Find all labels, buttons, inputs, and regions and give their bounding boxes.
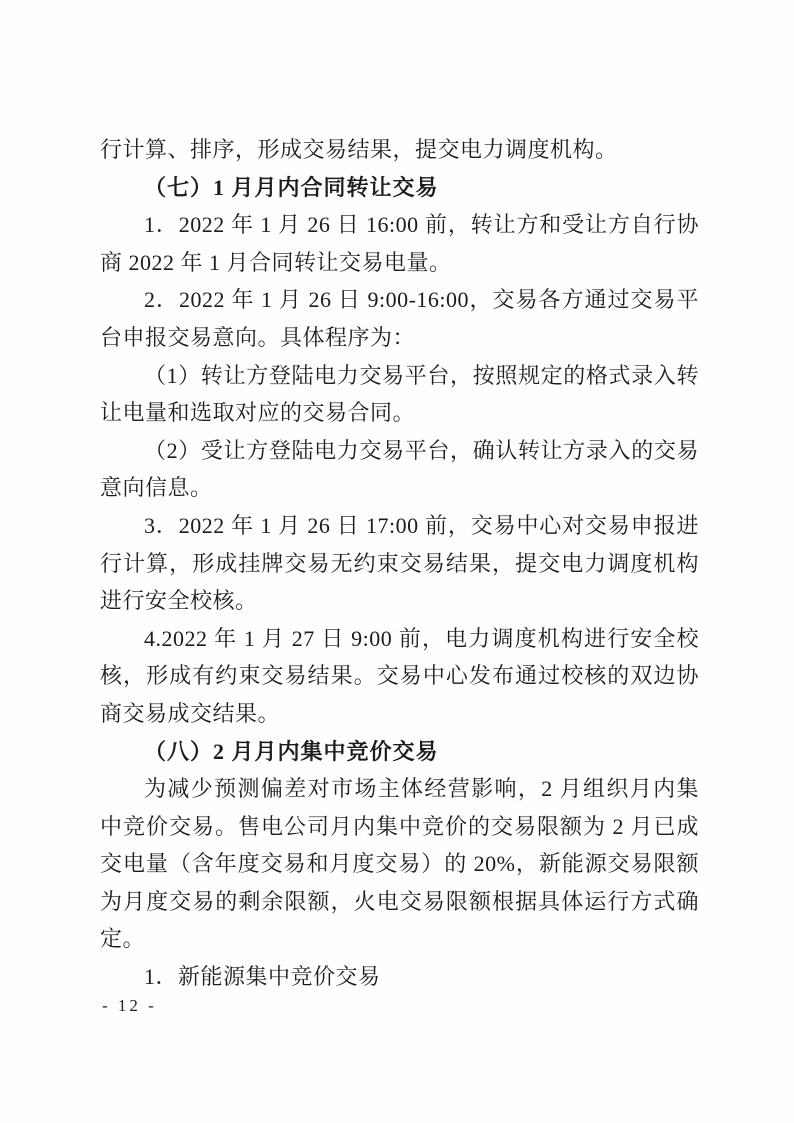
page-number: - 12 -: [102, 996, 157, 1016]
document-page: 行计算、排序，形成交易结果，提交电力调度机构。 （七）1 月月内合同转让交易 1…: [0, 0, 794, 1123]
paragraph-item-1: 1．2022 年 1 月 26 日 16:00 前，转让方和受让方自行协商 20…: [100, 206, 699, 281]
paragraph-subitem-1: （1）转让方登陆电力交易平台，按照规定的格式录入转让电量和选取对应的交易合同。: [100, 357, 699, 432]
subsection-heading-new-energy: 1．新能源集中竞价交易: [100, 958, 699, 996]
paragraph-item-3: 3．2022 年 1 月 26 日 17:00 前，交易中心对交易申报进行计算，…: [100, 507, 699, 620]
document-body: 行计算、排序，形成交易结果，提交电力调度机构。 （七）1 月月内合同转让交易 1…: [100, 131, 699, 996]
section-heading-8: （八）2 月月内集中竞价交易: [100, 733, 699, 771]
paragraph-subitem-2: （2）受让方登陆电力交易平台，确认转让方录入的交易意向信息。: [100, 432, 699, 507]
paragraph-continuation: 行计算、排序，形成交易结果，提交电力调度机构。: [100, 131, 699, 169]
paragraph-item-4: 4.2022 年 1 月 27 日 9:00 前，电力调度机构进行安全校核，形成…: [100, 620, 699, 733]
paragraph-item-2: 2．2022 年 1 月 26 日 9:00-16:00，交易各方通过交易平台申…: [100, 281, 699, 356]
paragraph-section-8-intro: 为减少预测偏差对市场主体经营影响，2 月组织月内集中竞价交易。售电公司月内集中竞…: [100, 770, 699, 958]
section-heading-7: （七）1 月月内合同转让交易: [100, 169, 699, 207]
